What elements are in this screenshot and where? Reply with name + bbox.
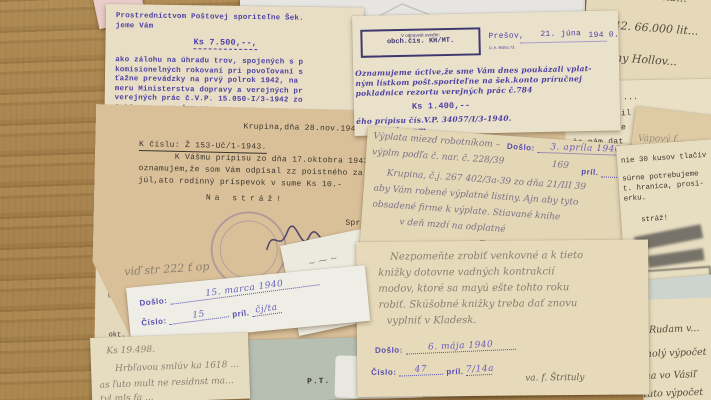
handwritten-line: tuto výpočet (643, 388, 703, 400)
signature-name: va. f. Štrituly (525, 374, 584, 384)
inked-stamp-smudge (647, 248, 704, 268)
number-stamp-label: Číslo: (141, 316, 167, 327)
handwritten-line: výplm podľa č. nar. č. 228/39 (372, 148, 505, 167)
handwritten-line: tyl mls fa ... (100, 394, 154, 400)
handwritten-line: knižky dotovne vadných kontrakcií (378, 266, 554, 279)
pencil-amount: Ks 19.498. (106, 346, 155, 358)
document-reminder-note: Nezpomeňte zrobiť venkovné a k tieto kni… (356, 239, 649, 397)
amount-text: Ks 1.400,-- (412, 102, 470, 113)
received-stamp-label: Došlo: (375, 346, 403, 355)
handwritten-line: modov, ktoré sa mayú ešte tohto roku (378, 282, 569, 295)
typed-line: pokladnice rezortu verejných prác č.784 (356, 86, 533, 98)
handwritten-line: Hrbľavou smlúv ka 1618 ... (115, 361, 239, 375)
document-rudam-note: Rudam v... holý výpočet ha vo Vásiľ tuto… (640, 297, 711, 400)
document-pencil-note: Ks 19.498. Hrbľavou smlúv ka 1618 ... as… (90, 332, 250, 400)
number-stamp-label: Číslo: (371, 368, 396, 377)
typed-line: verejných prác č.V.P. 15.050-I/3-1942 zo (115, 94, 303, 105)
received-date-handwritten: 6. mája 1940 (405, 339, 515, 355)
handwritten-line: Rudam v... (649, 324, 700, 336)
date-line: Krupina,dňa 28.nov.1942. (243, 123, 366, 135)
handwritten-line: v deň mzdí na odplatné (399, 218, 506, 235)
handwritten-line: ... wounal na... (605, 0, 688, 5)
received-stamp-label: Došlo: (139, 296, 168, 308)
typed-line: júl,ato rodinný príspevok v sume Ks 10.- (138, 177, 342, 190)
place-name: Prešov, (488, 32, 524, 42)
reference-line: ého prípisu čís.V.P. 34057/I/3-1940. (356, 115, 511, 127)
print-note: Ú. A. Rišňa 73. (489, 46, 516, 51)
number-handwritten: 15 (169, 306, 230, 325)
number-handwritten: 47 (399, 364, 443, 377)
enclosure-stamp-label: príl. (581, 167, 599, 177)
pencil-note: viď str 222 ť op (124, 261, 210, 279)
handwritten-line: robiť. Skúšobné knižky treba dať znovu (379, 298, 578, 311)
received-stamp-label: Došlo: (507, 142, 535, 153)
handwritten-line: ha vo Vásiľ (645, 370, 698, 382)
enclosure-handwritten: čj/ta (251, 302, 282, 317)
salute-line: Na stráž! (206, 195, 285, 206)
typed-line: erku. (623, 194, 646, 204)
typed-line: stráž! (641, 215, 669, 225)
handwritten-number: 169 (551, 161, 569, 172)
document-presov-letter: V odpovedi uveďte: obch.čís. KH/MT. Preš… (352, 10, 620, 136)
document-postal-savings-letter: Prostredníctvom Poštovej sporiteľne Šek.… (104, 4, 364, 118)
enclosure-stamp-label: príl. (232, 308, 250, 319)
reply-reference-box: V odpovedi uveďte: obch.čís. KH/MT. (360, 27, 481, 58)
enclosure-handwritten: 7/14a (466, 364, 492, 376)
handwritten-line: holý výpočet (646, 348, 707, 361)
handwritten-line: Nezpomeňte zrobiť venkovné a k tieto (390, 250, 583, 263)
amount-text: Ks 7.500,--, (193, 38, 257, 50)
date-dotted-line (521, 41, 607, 44)
reply-box-value: obch.čís. KH/MT. (362, 36, 478, 46)
photo-documents-on-table: ... wounal na... r 1942. 66.000 lit... r… (0, 0, 711, 400)
year-text: 194 0. (588, 31, 619, 40)
handwritten-line: as ľuto mult ne residnst ma... (100, 377, 234, 392)
date-text: 21. júna (540, 30, 581, 40)
pt-label: P.T. (307, 378, 330, 387)
typed-line: Prostredníctvom Poštovej sporiteľne Šek. (116, 12, 304, 23)
typed-line: jeme Vám (116, 22, 154, 31)
reference-line: K číslu: Ž 153-Uč/1-1943. (139, 141, 267, 154)
enclosure-stamp-label: príl. (446, 367, 463, 376)
handwritten-line: vyplniť v Kladesk. (387, 315, 477, 327)
typed-line: nie 30 kusov tlačív (621, 152, 707, 166)
